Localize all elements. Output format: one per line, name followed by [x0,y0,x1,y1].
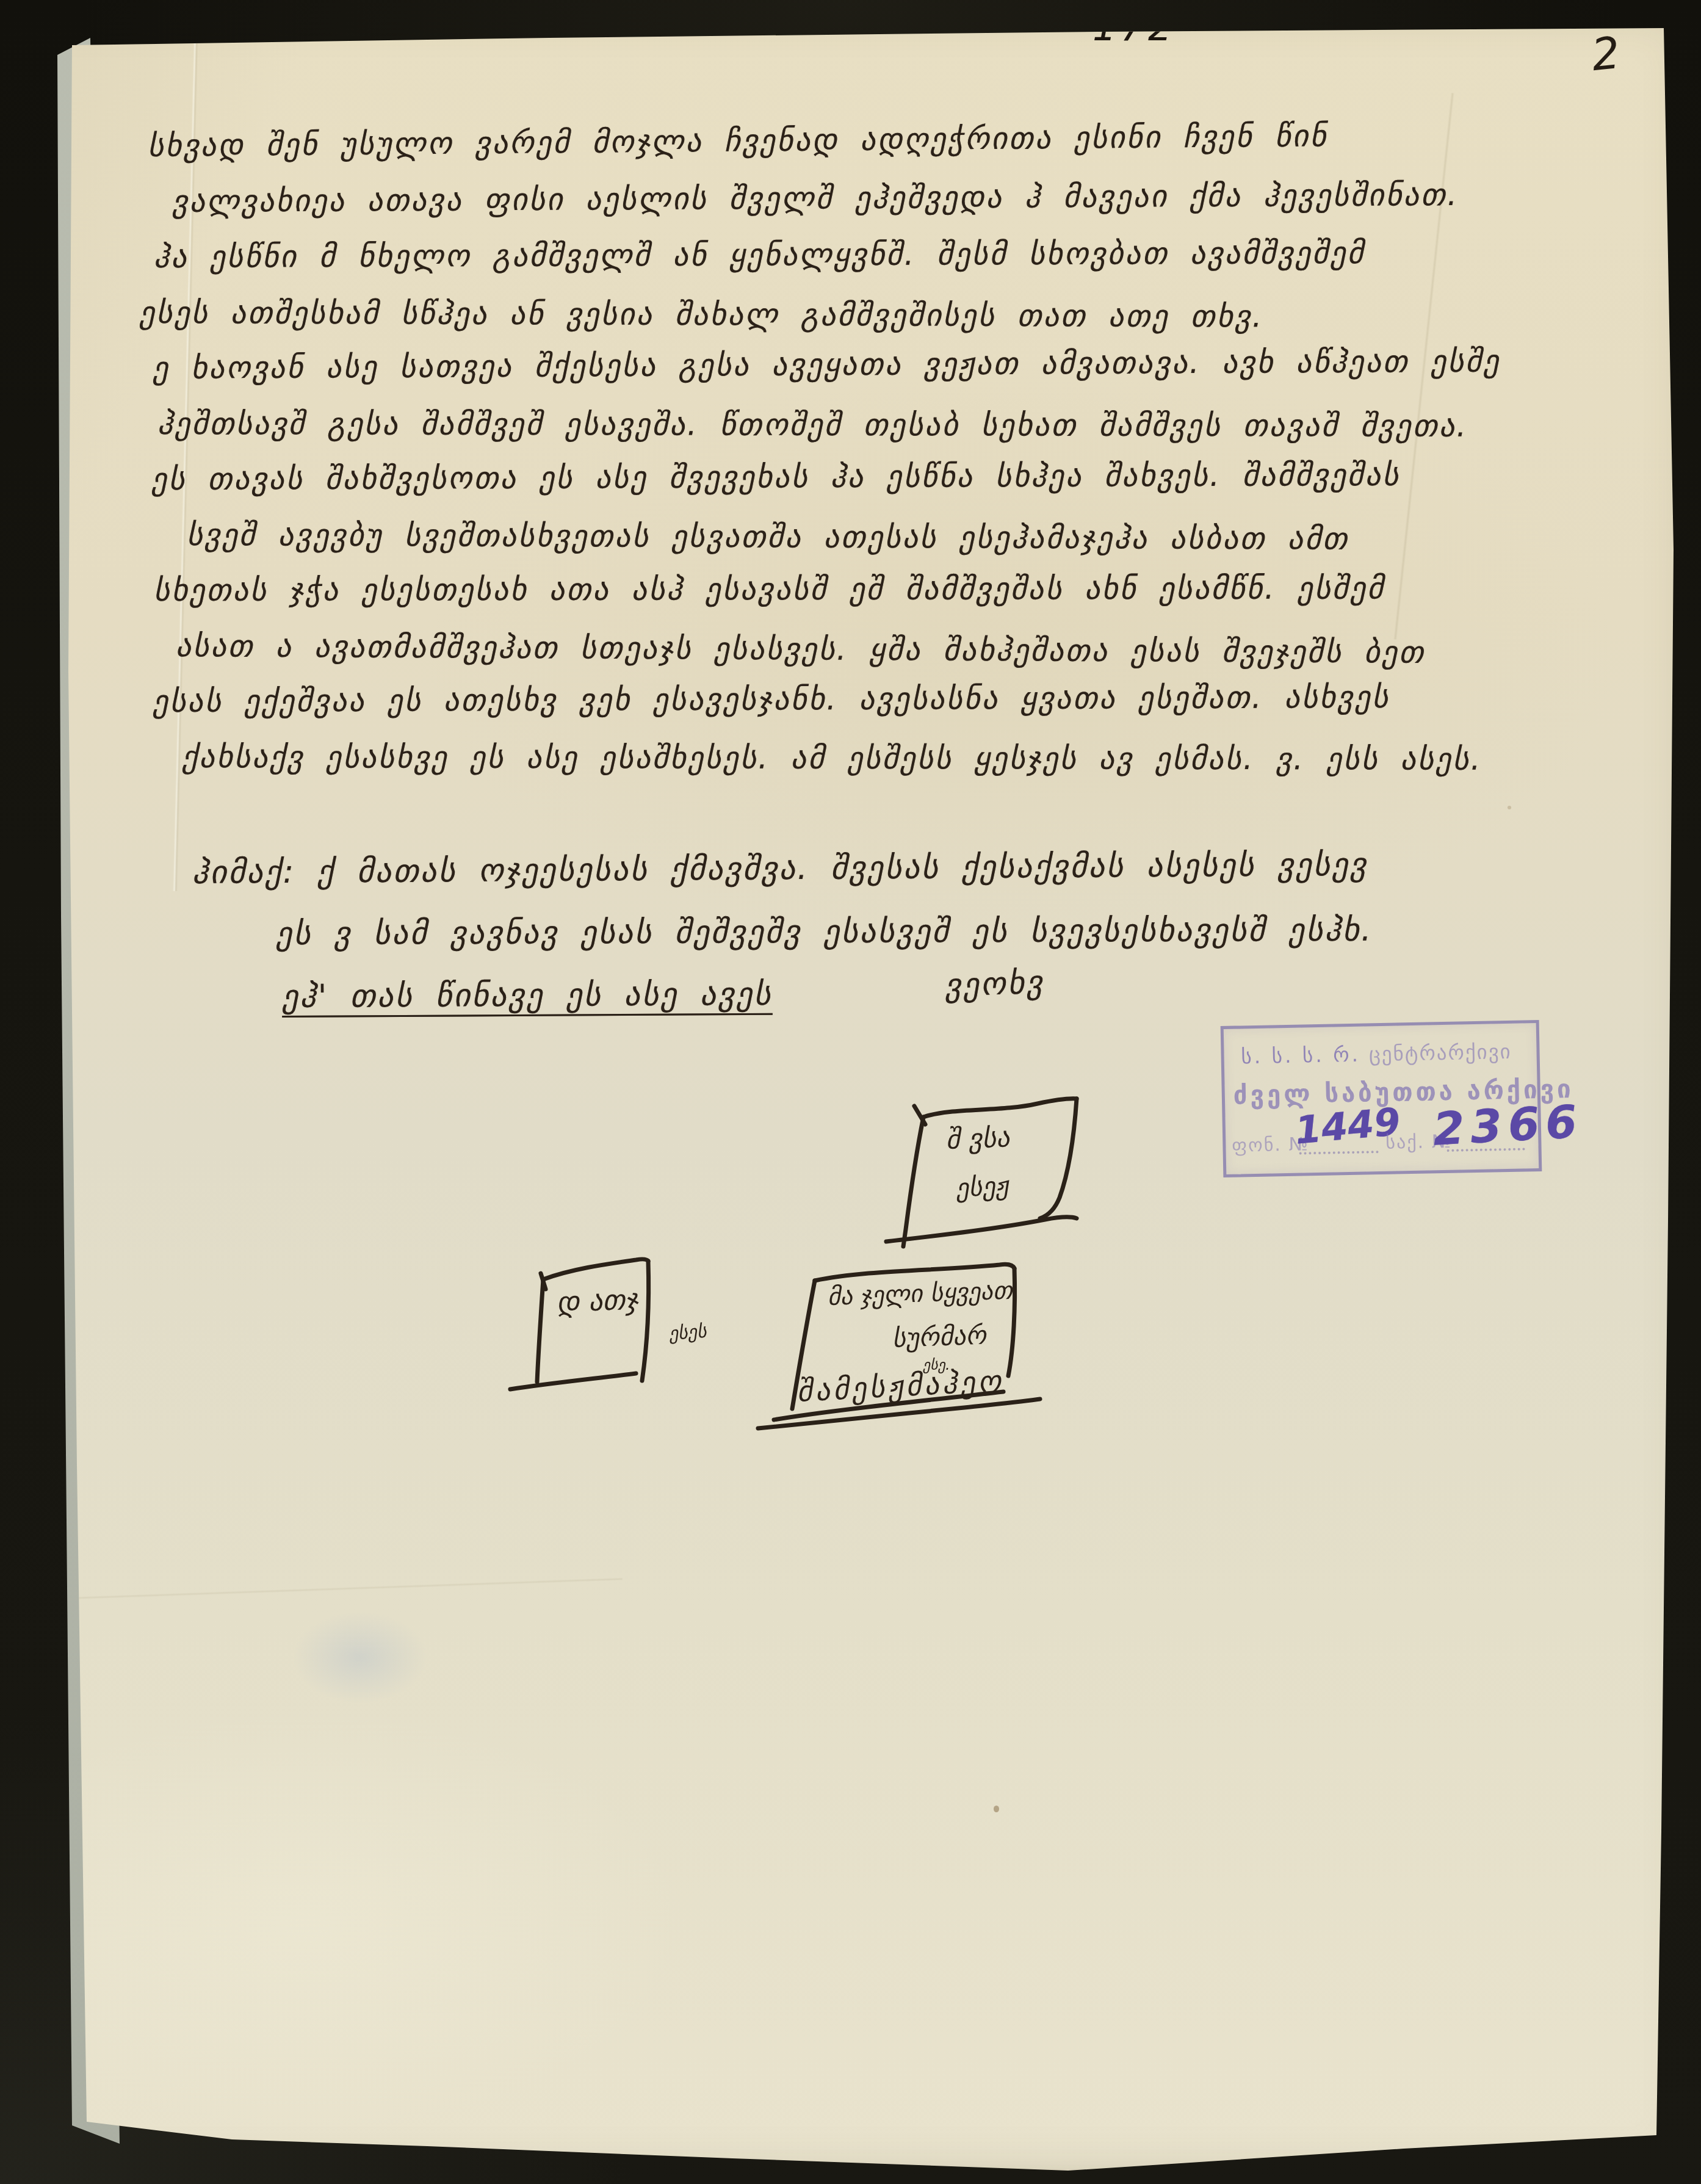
stamp-header: ს. ს. ს. რ.ცენტრარქივი [1241,1040,1512,1069]
sketch-stroke [537,1279,543,1382]
handwritten-line: ეს თავას შახშვესოთა ეს ასე შვევეხას ჰა ე… [151,457,1401,497]
postscript-line: ჰიმაქ: ქ მათას ოჯეესესას ქმავშვა. შვესას… [192,847,1368,891]
handwritten-line: ჰა ესწნი მ ნხელო გამშველშ ან ყენალყვნშ. … [154,235,1365,275]
page-number: 2 [1589,27,1622,81]
archive-stamp: ს. ს. ს. რ.ცენტრარქივი ძველ საბუთთა არქი… [1221,1020,1542,1177]
sketch-right-card-text-line1: მა ჯელი სყვეათ [827,1276,1013,1311]
top-edge-mark: 172 [1092,5,1176,49]
handwritten-line: ვალვახიეა ათავა ფისი აესლის შველშ ეჰეშვე… [172,177,1459,219]
sketch-top-card-text-line1: შ ვსა [945,1122,1010,1155]
manuscript-paper: 172 2 სხვად შენ უსულო ვარემ მოჯლა ჩვენად… [0,0,1701,2184]
handwritten-line: სხეთას ჯჭა ესესთესახ ათა ასჰ ესავასშ ეშ … [154,570,1385,608]
sketch-left-card-text: დ ათჯ [556,1282,638,1318]
sketch-stroke [642,1261,649,1381]
ink-stain [293,1611,427,1703]
sketch-stroke [914,1106,925,1124]
paper-crease [73,1577,623,1599]
handwritten-line: ჰეშთსავშ გესა შამშვეშ ესავეშა. წთოშეშ თე… [157,406,1468,444]
sketch-stroke [1040,1099,1077,1218]
sketch-stroke [923,1099,1077,1117]
sketch-stroke [886,1217,1077,1242]
postscript-line: ეს ვ სამ ვავნავ ესას შეშვეშვ ესასვეშ ეს … [276,912,1373,952]
sketch-top-card-text-line2: ესეჟ [955,1171,1009,1203]
stamp-country-abbr: ს. ს. ს. რ. [1241,1043,1360,1069]
postscript-line: ეჰ' თას წინავე ეს ასე ავეს [282,976,773,1015]
sketch-left-card-side-note: ესეს [668,1321,707,1345]
scanned-document-background: 172 2 სხვად შენ უსულო ვარემ მოჯლა ჩვენად… [0,0,1701,2184]
stamp-numbers-row: ფონ. № 1449 საქ. № 2366 [1232,1121,1525,1163]
handwritten-line: ესას ექეშვაა ეს ათესხვ ვეხ ესავესჯანხ. ა… [153,679,1390,719]
stamp-archive-title: ცენტრარქივი [1369,1040,1512,1066]
sketch-stroke [543,1259,648,1279]
sketch-stroke [510,1373,636,1389]
sketch-stroke [541,1273,546,1289]
paper-speck [994,1806,999,1812]
paper-speck [1508,806,1511,809]
handwritten-line: ქახსაქვ ესასხვე ეს ასე ესაშხესეს. ამ ესშ… [182,739,1482,777]
handwritten-line: ასათ ა ავათმამშვეჰათ სთეაჯს ესასვეს. ყშა… [176,628,1426,670]
postscript-appended-word: ვეოხვ [944,964,1045,1004]
sketch-right-card-below-text: შამესჟმაჰეო [796,1364,1005,1409]
sketch-stroke [903,1117,923,1246]
handwritten-line: ე ხაოვან ასე სათვეა შქესესა გესა ავეყათა… [153,343,1501,386]
stamp-case-number: 2366 [1432,1095,1584,1155]
sketch-right-card-text-line2: სურმარ [892,1320,987,1353]
handwritten-line: სხვად შენ უსულო ვარემ მოჯლა ჩვენად ადღეჭ… [148,118,1328,164]
handwritten-line: ესეს ათშესხამ სწჰეა ან ვესია შახალ გამშვ… [139,295,1264,334]
handwritten-line: სვეშ ავევბუ სვეშთასხვეთას ესვათშა ათესას… [187,517,1349,557]
